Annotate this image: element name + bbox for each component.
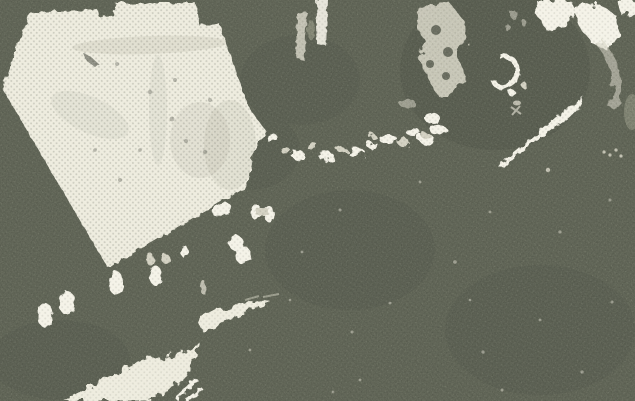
screenshot — [0, 0, 635, 401]
film-grain-overlay — [0, 0, 635, 401]
halftone-photograph — [0, 0, 635, 401]
